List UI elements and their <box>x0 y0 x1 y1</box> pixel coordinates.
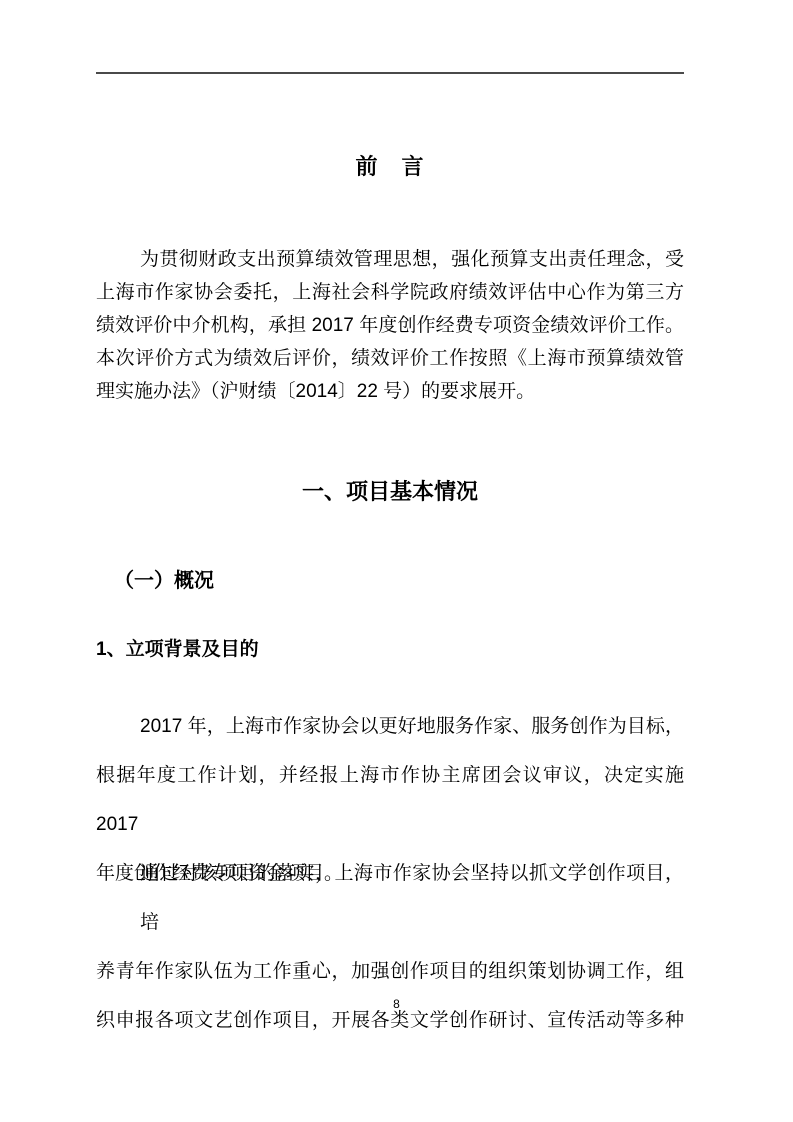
preface-paragraph: 为贯彻财政支出预算绩效管理思想，强化预算支出责任理念，受上海市作家协会委托，上海… <box>96 243 684 408</box>
document-page: 前 言 为贯彻财政支出预算绩效管理思想，强化预算支出责任理念，受上海市作家协会委… <box>0 0 793 1122</box>
item-heading: 1、立项背景及目的 <box>96 634 259 666</box>
text-line: 为贯彻财政支出预算绩效管理思想，强化预算支出责任理念，受 <box>96 243 684 276</box>
text-line: 2017 年，上海市作家协会以更好地服务作家、服务创作为目标， <box>96 702 684 751</box>
section-heading: 一、项目基本情况 <box>96 476 684 508</box>
header-rule <box>96 72 684 74</box>
text-line: 养青年作家队伍为工作重心，加强创作项目的组织策划协调工作，组 <box>96 947 684 996</box>
text-line: 理实施办法》（沪财绩〔2014〕22 号）的要求展开。 <box>96 375 684 408</box>
text-line: 上海市作家协会委托，上海社会科学院政府绩效评估中心作为第三方 <box>96 276 684 309</box>
text-line: 本次评价方式为绩效后评价，绩效评价工作按照《上海市预算绩效管 <box>96 342 684 375</box>
text-line: 通过对该项目的落实，上海市作家协会坚持以抓文学创作项目，培 <box>96 849 684 947</box>
preface-title: 前 言 <box>96 150 684 184</box>
text-line: 根据年度工作计划，并经报上海市作协主席团会议审议，决定实施 2017 <box>96 751 684 849</box>
text-line: 绩效评价中介机构，承担 2017 年度创作经费专项资金绩效评价工作。 <box>96 309 684 342</box>
page-number: 8 <box>0 997 793 1011</box>
background-paragraph-2: 通过对该项目的落实，上海市作家协会坚持以抓文学创作项目，培养青年作家队伍为工作重… <box>96 849 684 1045</box>
subsection-heading: （一）概况 <box>114 565 214 597</box>
